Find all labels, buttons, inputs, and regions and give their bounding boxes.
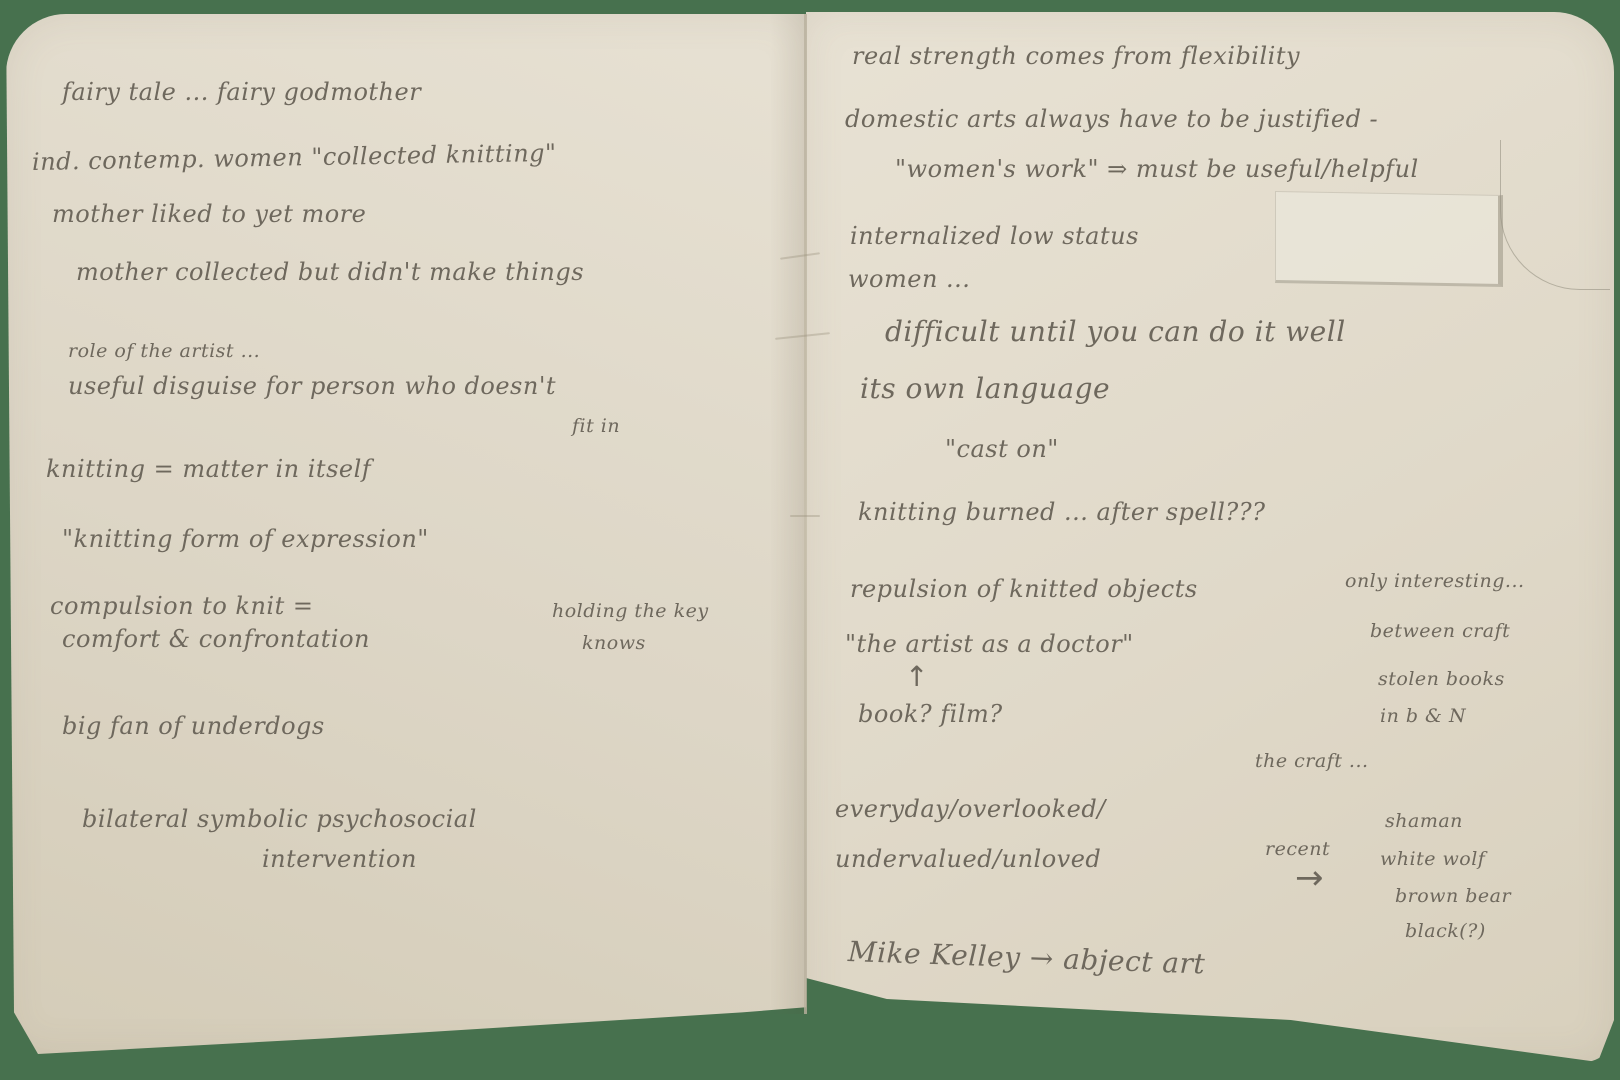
note-line: compulsion to knit =	[50, 592, 313, 620]
note-line: "knitting form of expression"	[62, 525, 429, 553]
note-line: the craft ...	[1255, 750, 1369, 772]
note-line: black(?)	[1405, 920, 1486, 942]
note-line: internalized low status	[850, 222, 1139, 250]
note-line: intervention	[262, 845, 417, 873]
note-line: between craft	[1370, 620, 1510, 642]
note-line: fairy tale ... fairy godmother	[62, 78, 421, 106]
note-line: everyday/overlooked/	[835, 795, 1106, 823]
note-line: domestic arts always have to be justifie…	[845, 105, 1378, 133]
note-line: difficult until you can do it well	[885, 315, 1346, 348]
note-line: women ...	[848, 265, 970, 293]
note-line: knitting = matter in itself	[46, 455, 371, 483]
note-line: role of the artist ...	[68, 340, 260, 362]
note-line: useful disguise for person who doesn't	[68, 372, 556, 400]
notebook-spine	[804, 14, 807, 1014]
note-line: repulsion of knitted objects	[850, 575, 1198, 603]
note-line: stolen books	[1378, 668, 1505, 690]
note-line: only interesting...	[1345, 570, 1525, 592]
note-line: comfort & confrontation	[62, 625, 370, 653]
arrow-up-icon: ↑	[905, 660, 928, 693]
note-line: real strength comes from flexibility	[852, 42, 1300, 70]
note-line: "cast on"	[945, 435, 1059, 463]
photo-background: fairy tale ... fairy godmother ind. cont…	[0, 0, 1620, 1080]
note-line: undervalued/unloved	[835, 845, 1101, 873]
tape-strip	[1275, 191, 1503, 287]
note-line: mother collected but didn't make things	[76, 258, 584, 286]
note-line: big fan of underdogs	[62, 712, 325, 740]
note-line: "women's work" ⇒ must be useful/helpful	[895, 155, 1419, 183]
note-line: bilateral symbolic psychosocial	[82, 805, 477, 833]
note-line: its own language	[860, 372, 1110, 405]
note-line: holding the key	[552, 600, 709, 622]
arrow-right-icon: →	[1295, 858, 1324, 898]
note-line: white wolf	[1380, 848, 1485, 870]
note-line: in b & N	[1380, 705, 1466, 727]
note-line: fit in	[572, 415, 620, 437]
note-line: book? film?	[858, 700, 1003, 728]
note-line: brown bear	[1395, 885, 1511, 907]
note-line: knows	[582, 632, 646, 654]
note-line: knitting burned ... after spell???	[858, 498, 1266, 526]
note-line: mother liked to yet more	[52, 200, 366, 228]
note-line: recent	[1265, 838, 1330, 860]
note-line: shaman	[1385, 810, 1463, 832]
spine-shadow	[770, 14, 806, 1014]
paper-crease	[790, 515, 820, 517]
note-line: "the artist as a doctor"	[845, 630, 1134, 658]
